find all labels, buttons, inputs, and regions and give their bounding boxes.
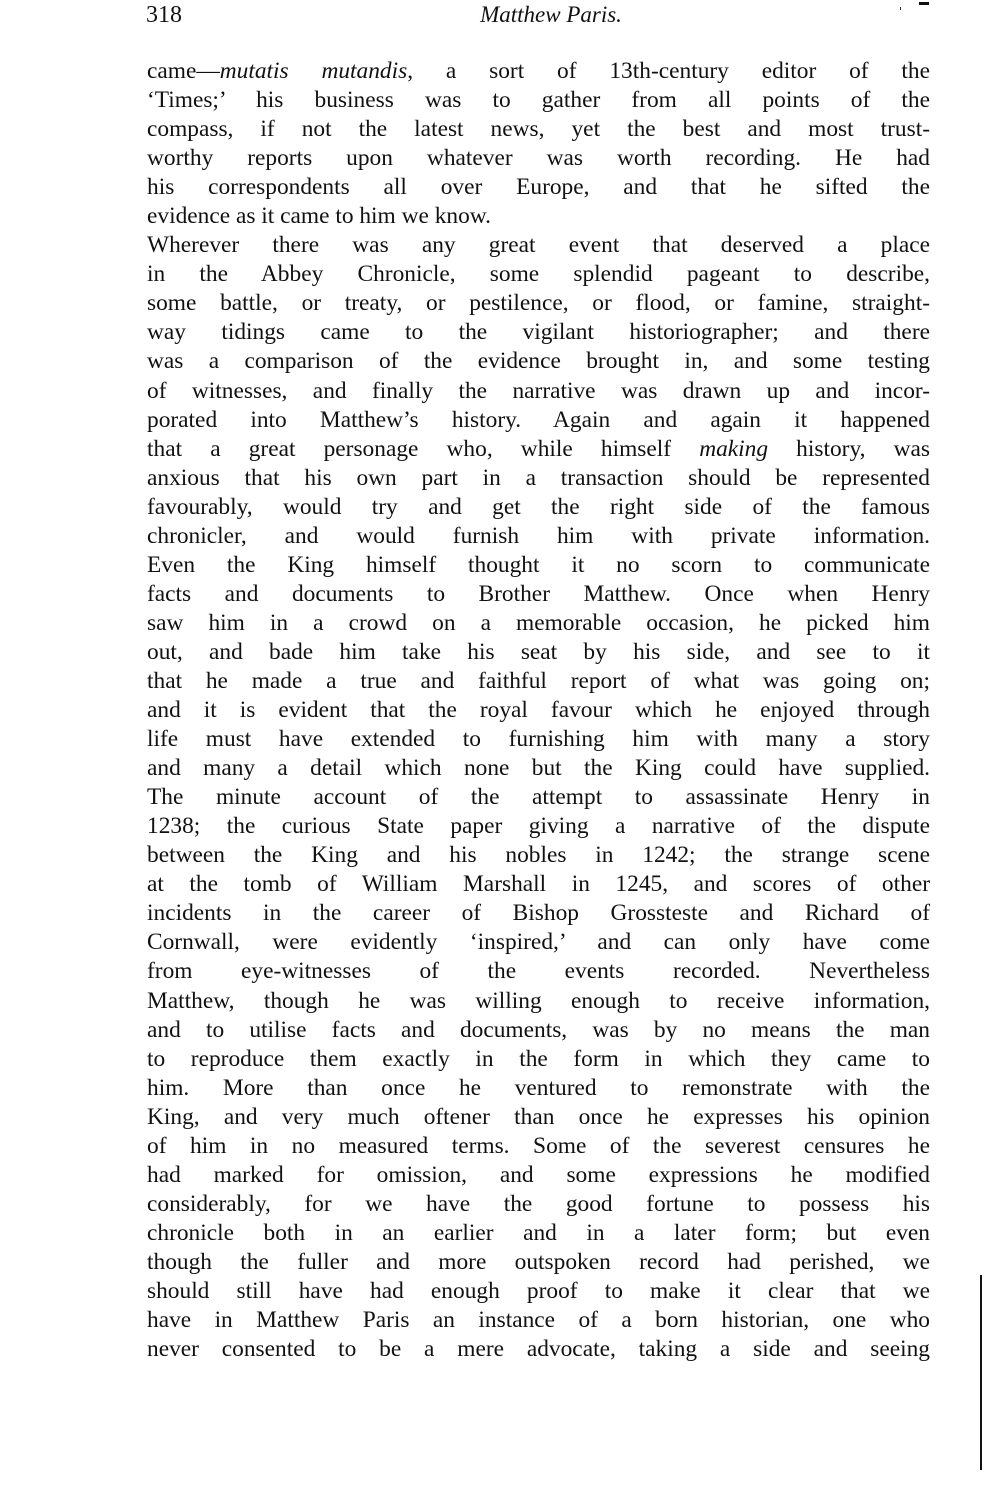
scan-speck: [900, 7, 901, 10]
text-segment: though the fuller and more outspoken rec…: [147, 1249, 930, 1275]
text-line: at the tomb of William Marshall in 1245,…: [147, 870, 930, 899]
text-line: way tidings came to the vigilant histori…: [147, 318, 930, 347]
text-line: facts and documents to Brother Matthew. …: [147, 580, 930, 609]
text-line: some battle, or treaty, or pestilence, o…: [147, 289, 930, 318]
text-segment: ‘Times;’ his business was to gather from…: [147, 87, 930, 113]
book-page: 318 Matthew Paris. came—mutatis mutandis…: [0, 0, 1000, 1500]
text-line: chronicle both in an earlier and in a la…: [147, 1219, 930, 1248]
text-segment: of him in no measured terms. Some of the…: [147, 1133, 930, 1159]
text-segment: way tidings came to the vigilant histori…: [147, 319, 930, 345]
text-segment: facts and documents to Brother Matthew. …: [147, 581, 930, 607]
text-segment: chronicle both in an earlier and in a la…: [147, 1220, 930, 1246]
text-segment: at the tomb of William Marshall in 1245,…: [147, 871, 930, 897]
text-line: him. More than once he ventured to remon…: [147, 1074, 930, 1103]
text-line: Matthew, though he was willing enough to…: [147, 987, 930, 1016]
text-line: anxious that his own part in a transacti…: [147, 464, 930, 493]
text-line: that he made a true and faithful report …: [147, 667, 930, 696]
text-line: and it is evident that the royal favour …: [147, 696, 930, 725]
text-line: 1238; the curious State paper giving a n…: [147, 812, 930, 841]
text-segment: evidence as it came to him we know.: [147, 203, 491, 229]
text-line: of witnesses, and finally the narrative …: [147, 377, 930, 406]
text-line: never consented to be a mere advocate, t…: [147, 1335, 930, 1364]
text-segment: that a great personage who, while himsel…: [147, 436, 699, 462]
text-segment: to reproduce them exactly in the form in…: [147, 1046, 930, 1072]
text-line: was a comparison of the evidence brought…: [147, 347, 930, 376]
text-segment: King, and very much oftener than once he…: [147, 1104, 930, 1130]
text-line: compass, if not the latest news, yet the…: [147, 115, 930, 144]
text-line: life must have extended to furnishing hi…: [147, 725, 930, 754]
text-segment: Matthew, though he was willing enough to…: [147, 988, 930, 1014]
text-segment: anxious that his own part in a transacti…: [147, 465, 930, 491]
text-line: chronicler, and would furnish him with p…: [147, 522, 930, 551]
paragraph: Wherever there was any great event that …: [147, 231, 930, 1364]
text-segment: never consented to be a mere advocate, t…: [147, 1336, 930, 1362]
text-segment: saw him in a crowd on a memorable occasi…: [147, 610, 930, 636]
text-line: King, and very much oftener than once he…: [147, 1103, 930, 1132]
text-segment: out, and bade him take his seat by his s…: [147, 639, 930, 665]
text-segment: was a comparison of the evidence brought…: [147, 348, 930, 374]
text-segment: life must have extended to furnishing hi…: [147, 726, 930, 752]
text-segment: had marked for omission, and some expres…: [147, 1162, 930, 1188]
text-line: considerably, for we have the good fortu…: [147, 1190, 930, 1219]
text-segment: Cornwall, were evidently ‘inspired,’ and…: [147, 929, 930, 955]
text-segment: and it is evident that the royal favour …: [147, 697, 930, 723]
text-line: have in Matthew Paris an instance of a b…: [147, 1306, 930, 1335]
text-segment: Even the King himself thought it no scor…: [147, 552, 930, 578]
italic-text: mutatis mutandis: [220, 58, 408, 84]
paragraph: came—mutatis mutandis, a sort of 13th-ce…: [147, 57, 930, 231]
text-line: incidents in the career of Bishop Grosst…: [147, 899, 930, 928]
text-line: evidence as it came to him we know.: [147, 202, 930, 231]
text-line: should still have had enough proof to ma…: [147, 1277, 930, 1306]
scan-mark: [919, 2, 929, 5]
text-segment: incidents in the career of Bishop Grosst…: [147, 900, 930, 926]
text-segment: that he made a true and faithful report …: [147, 668, 930, 694]
text-line: porated into Matthew’s history. Again an…: [147, 406, 930, 435]
text-segment: compass, if not the latest news, yet the…: [147, 116, 930, 142]
text-line: his correspondents all over Europe, and …: [147, 173, 930, 202]
text-segment: and to utilise facts and documents, was …: [147, 1017, 930, 1043]
text-line: from eye-witnesses of the events recorde…: [147, 957, 930, 986]
text-segment: considerably, for we have the good fortu…: [147, 1191, 930, 1217]
text-line: and to utilise facts and documents, was …: [147, 1016, 930, 1045]
text-segment: Wherever there was any great event that …: [147, 232, 930, 258]
text-line: favourably, would try and get the right …: [147, 493, 930, 522]
page-header: 318 Matthew Paris.: [146, 2, 936, 32]
text-segment: came—: [147, 58, 220, 84]
text-segment: worthy reports upon whatever was worth r…: [147, 145, 930, 171]
text-segment: favourably, would try and get the right …: [147, 494, 930, 520]
scan-edge-dashes: [980, 1275, 981, 1300]
text-segment: chronicler, and would furnish him with p…: [147, 523, 930, 549]
text-line: and many a detail which none but the Kin…: [147, 754, 930, 783]
text-line: that a great personage who, while himsel…: [147, 435, 930, 464]
text-segment: have in Matthew Paris an instance of a b…: [147, 1307, 930, 1333]
text-line: though the fuller and more outspoken rec…: [147, 1248, 930, 1277]
text-line: saw him in a crowd on a memorable occasi…: [147, 609, 930, 638]
text-segment: The minute account of the attempt to ass…: [147, 784, 930, 810]
text-line: worthy reports upon whatever was worth r…: [147, 144, 930, 173]
text-line: had marked for omission, and some expres…: [147, 1161, 930, 1190]
text-line: The minute account of the attempt to ass…: [147, 783, 930, 812]
text-line: came—mutatis mutandis, a sort of 13th-ce…: [147, 57, 930, 86]
text-segment: history, was: [768, 436, 930, 462]
text-line: of him in no measured terms. Some of the…: [147, 1132, 930, 1161]
text-line: to reproduce them exactly in the form in…: [147, 1045, 930, 1074]
text-segment: and many a detail which none but the Kin…: [147, 755, 930, 781]
text-line: Even the King himself thought it no scor…: [147, 551, 930, 580]
text-segment: from eye-witnesses of the events recorde…: [147, 958, 930, 984]
text-segment: , a sort of 13th-century editor of the: [407, 58, 930, 84]
text-line: Cornwall, were evidently ‘inspired,’ and…: [147, 928, 930, 957]
text-segment: between the King and his nobles in 1242;…: [147, 842, 930, 868]
text-segment: his correspondents all over Europe, and …: [147, 174, 930, 200]
text-segment: should still have had enough proof to ma…: [147, 1278, 930, 1304]
text-segment: in the Abbey Chronicle, some splendid pa…: [147, 261, 930, 287]
text-segment: of witnesses, and finally the narrative …: [147, 378, 930, 404]
text-segment: him. More than once he ventured to remon…: [147, 1075, 930, 1101]
text-segment: 1238; the curious State paper giving a n…: [147, 813, 930, 839]
italic-text: making: [699, 436, 768, 462]
text-line: Wherever there was any great event that …: [147, 231, 930, 260]
text-line: ‘Times;’ his business was to gather from…: [147, 86, 930, 115]
text-line: between the King and his nobles in 1242;…: [147, 841, 930, 870]
text-segment: porated into Matthew’s history. Again an…: [147, 407, 930, 433]
running-title: Matthew Paris.: [146, 2, 936, 28]
text-line: in the Abbey Chronicle, some splendid pa…: [147, 260, 930, 289]
body-text: came—mutatis mutandis, a sort of 13th-ce…: [147, 57, 930, 1364]
text-line: out, and bade him take his seat by his s…: [147, 638, 930, 667]
text-segment: some battle, or treaty, or pestilence, o…: [147, 290, 930, 316]
scan-edge-line: [980, 1275, 982, 1470]
